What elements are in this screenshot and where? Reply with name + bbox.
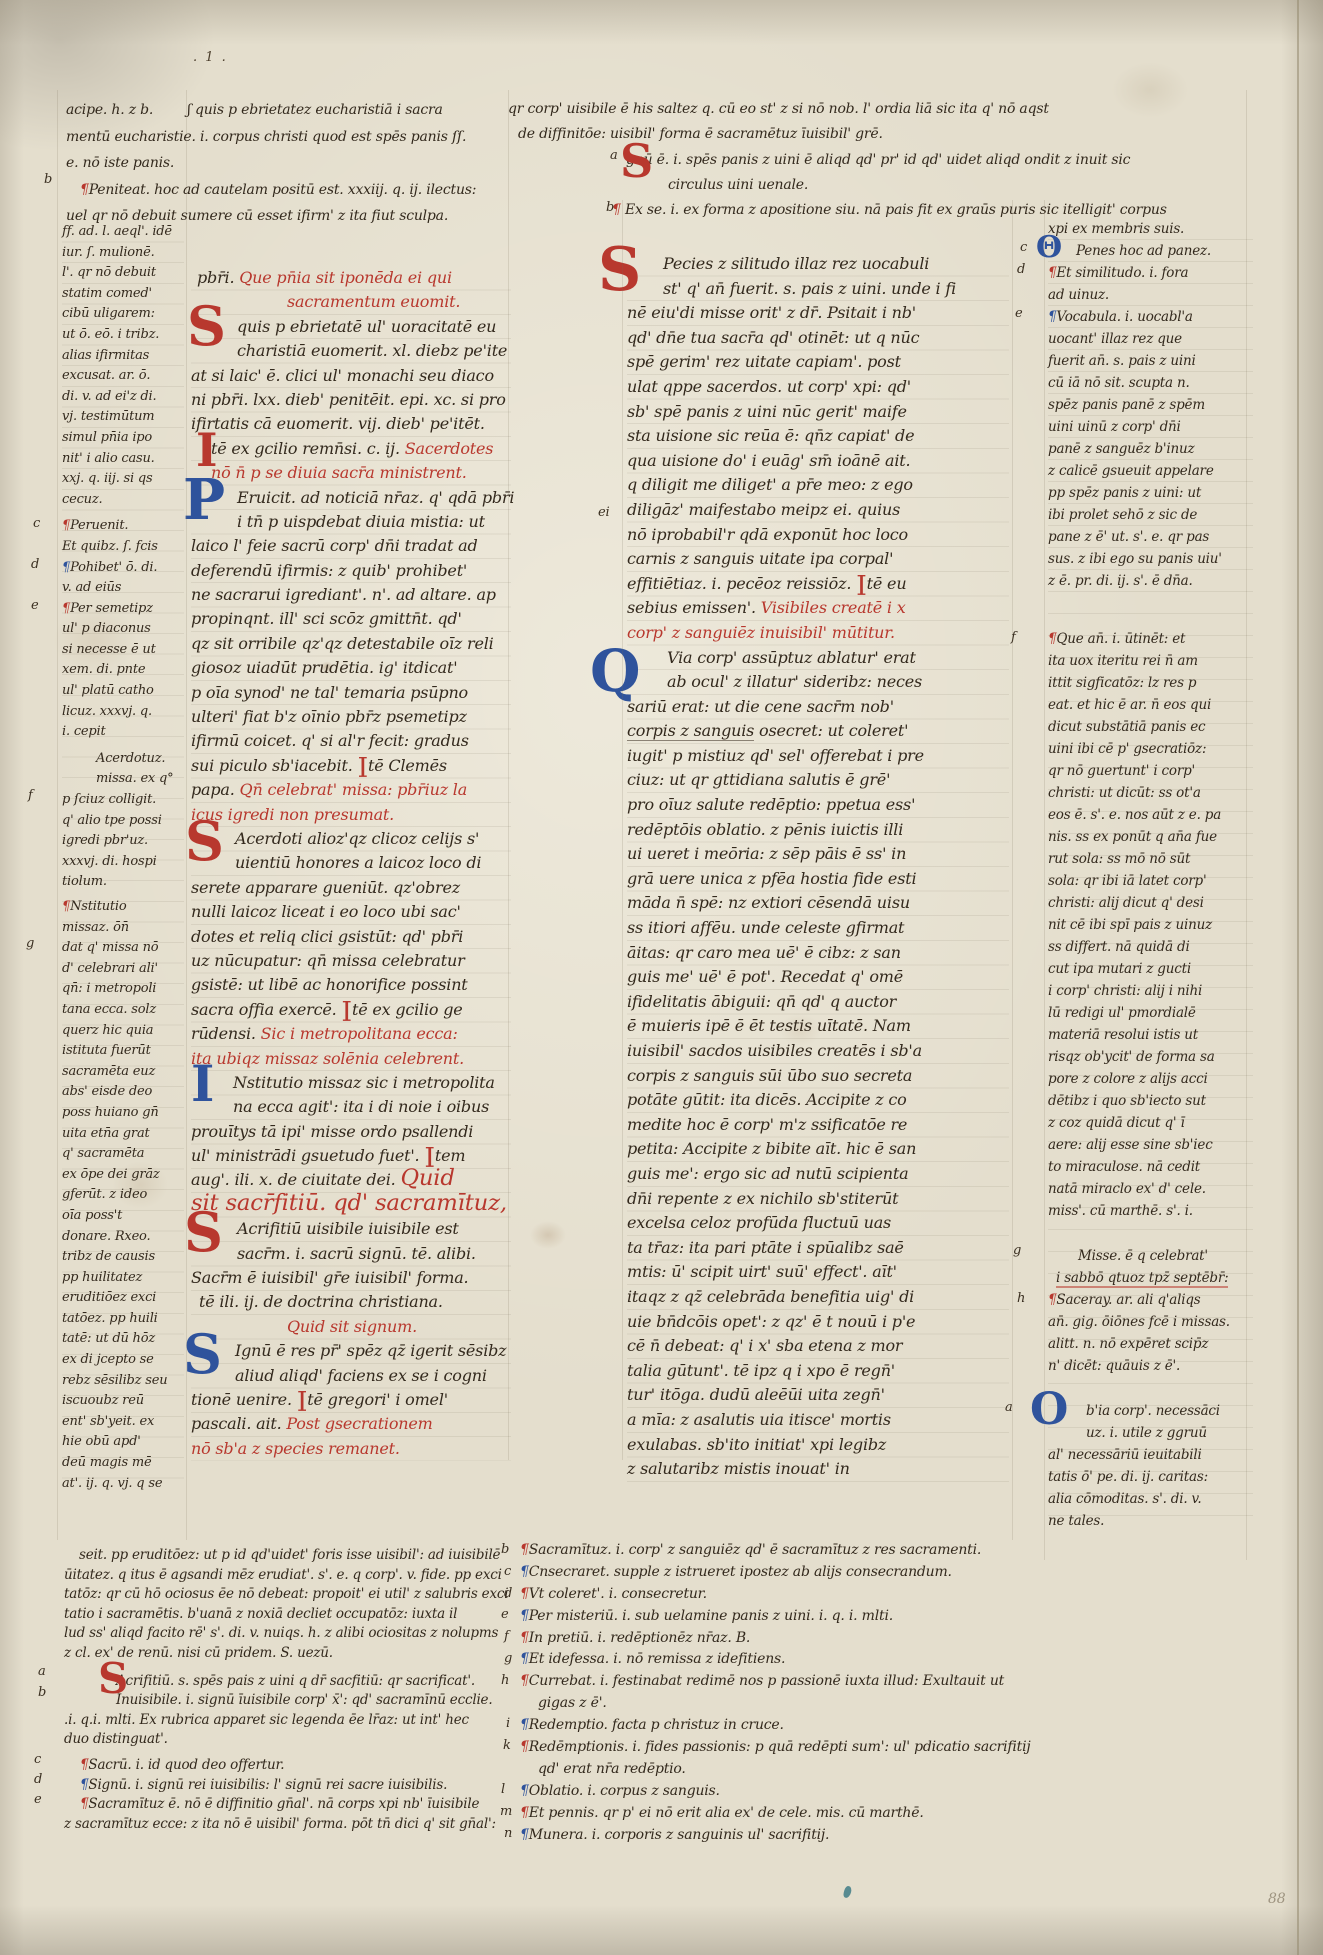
text-line: querz hic quia	[62, 1021, 184, 1042]
text-line: ul' platū catho	[62, 681, 184, 702]
illuminated-initial: Q	[590, 648, 640, 694]
illuminated-initial: P	[183, 478, 225, 523]
text-line: alias ifirmitas	[62, 346, 184, 367]
text-line: Acerdoti alioz'qz clicoz celijs s'	[191, 827, 511, 851]
margin-letter: i	[506, 1716, 510, 1731]
text-line: i. cepit	[62, 722, 184, 743]
text-line: sola: qr ibi iā latet corp'	[1048, 870, 1253, 892]
text-line: miss'. cū marthē. s'. i.	[1048, 1200, 1253, 1222]
text-line: poss huiano gn̄	[62, 1103, 184, 1124]
text-line: ifirtatis cā euomerit. vij. dieb' pe'itē…	[191, 412, 511, 436]
illuminated-initial: S	[184, 1211, 223, 1254]
text-line: na ecca agit': ita i di noie i oibus	[191, 1095, 511, 1119]
margin-letter: f	[504, 1629, 509, 1644]
text-line: panē z sanguēz b'inuz	[1048, 438, 1253, 460]
text-line: laico l' feie sacrū corp' dn̄i tradat ad	[191, 534, 511, 558]
margin-letter: c	[1020, 240, 1027, 255]
text-line: ūitatez. q itus ē agsandi mēz erudiat'. …	[64, 1566, 509, 1586]
text-line: ¶Que an̄. i. ūtinēt: et	[1048, 628, 1253, 650]
text-line: ne sacrarui igrediant'. n'. ad altare. a…	[191, 583, 511, 607]
margin-letter: l	[501, 1782, 505, 1797]
text-line: to miraculose. nā cedit	[1048, 1156, 1253, 1178]
text-line: ¶Et pennis. qr p' ei nō erit alia ex' de…	[520, 1803, 1320, 1825]
text-line: z salutaribz mistis inouat' in	[627, 1457, 1009, 1482]
text-line: uocant' illaz rez que	[1048, 328, 1253, 350]
text-line: materiā resolui istis ut	[1048, 1024, 1253, 1046]
text-line: ¶Et idefessa. i. nō remissa z idefitiens…	[520, 1649, 1320, 1671]
margin-letter: f	[28, 788, 33, 803]
text-line: sus. z ibi ego su panis uiu'	[1048, 548, 1253, 570]
margin-letter: c	[34, 1752, 41, 1767]
text-line: i tn̄ p uispdebat diuia mistia: ut	[191, 510, 511, 534]
text-line: uz nūcupatur: qn̄ missa celebratur	[191, 949, 511, 973]
text-line: dētibz i quo sb'iecto sut	[1048, 1090, 1253, 1112]
text-line: redēptōis oblatio. z pēnis iuictis illi	[627, 818, 1009, 843]
main-text-column-1: pbr̄i. Que pn̄ia sit iponēda ei quisacra…	[191, 266, 511, 1461]
top-left-gloss-block: acipe. h. z b. ʃ quis p ebrietatez eucha…	[66, 97, 516, 230]
text-line: xxxvj. di. hospi	[62, 852, 184, 873]
text-line: ciuz: ut qr gttidiana salutis ē grē'	[627, 768, 1009, 793]
text-line: ta tr̄az: ita pari ptāte i spūalibz saē	[627, 1236, 1009, 1261]
text-line: ab ocul' z illatur' sideribz: neces	[627, 670, 1009, 695]
text-line: effitiētiaz. i. pecēoz reissiōz. Itē eu	[627, 572, 1009, 597]
margin-letter: d	[504, 1586, 512, 1601]
text-line: eruditiōez exci	[62, 1288, 184, 1309]
text-line: corp' z sanguiēz inuisibil' mūtitur.	[627, 621, 1009, 646]
text-line: Acrifitiū uisibile iuisibile est	[191, 1217, 511, 1241]
text-line: iscuoubz reū	[62, 1391, 184, 1412]
text-line: dat q' missa nō	[62, 938, 184, 959]
text-line: missaz. ōn̄	[62, 918, 184, 939]
text-line: ui ueret i meōria: z sēp pāis ē ss' in	[627, 842, 1009, 867]
illuminated-initial: I	[196, 432, 217, 469]
text-line: cē n̄ debeat: q' i x' sba etena z mor	[627, 1334, 1009, 1359]
text-line: qd' dn̄e tua sacr̄a qd' otinēt: ut q nūc	[627, 326, 1009, 351]
text-line: papa. Qn̄ celebrat' missa: pbr̄iuz la	[191, 778, 511, 802]
text-line: ¶Sacramītuz ē. nō ē diffinitio gn̄al'. n…	[64, 1795, 509, 1815]
text-line: st' q' an̄ fuerit. s. pais z uini. unde …	[627, 277, 1009, 302]
text-line: a mīa: z asalutis uia itisce' mortis	[627, 1408, 1009, 1433]
text-line: q diligit me diliget' a pr̄e meo: z ego	[627, 473, 1009, 498]
column-rule	[186, 90, 187, 1540]
text-line: ¶Per misteriū. i. sub uelamine panis z u…	[520, 1606, 1320, 1628]
text-line: nē eiu'di misse orit' z dr̄. Psitait i n…	[627, 301, 1009, 326]
text-line: licuz. xxxvj. q.	[62, 702, 184, 723]
column-rule	[1246, 90, 1247, 1560]
text-line: charistiā euomerit. xl. diebz pe'ite	[191, 339, 511, 363]
text-line: z coz quidā dicut q' ī	[1048, 1112, 1253, 1134]
text-line: propinqnt. ill' sci scōz gmittn̄t. qd'	[191, 607, 511, 631]
illuminated-initial: S	[183, 1333, 222, 1376]
corner-mark: 88	[1268, 1891, 1285, 1907]
text-line: v. ad eiūs	[62, 578, 184, 599]
margin-letter: a	[610, 148, 618, 163]
text-line: nō n̄ p se diuia sacr̄a ministrent.	[191, 461, 511, 485]
text-line: nit' i alio casu.	[62, 449, 184, 470]
text-line: sacramēta euz	[62, 1062, 184, 1083]
text-line: ¶Sacramītuz. i. corp' z sanguiēz qd' ē s…	[520, 1540, 1320, 1562]
text-line: gferūt. z ideo	[62, 1185, 184, 1206]
text-line: e. nō iste panis.	[66, 150, 516, 177]
text-line: vj. testimūtum	[62, 407, 184, 428]
text-line: talia gūtunt'. tē ipz q i xpo ē regn̄'	[627, 1359, 1009, 1384]
text-line: nit cē ibi spī pais z uinuz	[1048, 914, 1253, 936]
text-line: lud ss' aliqd facito rē' s'. di. v. nuiq…	[64, 1624, 509, 1644]
text-line: aere: alij esse sine sb'iec	[1048, 1134, 1253, 1156]
text-line: l'. qr nō debuit	[62, 263, 184, 284]
column-rule	[622, 200, 623, 1460]
text-line: sb' spē panis z uini nūc gerit' maife	[627, 400, 1009, 425]
text-line: eos ē. s'. e. nos aūt z e. pa	[1048, 804, 1253, 826]
margin-letter: g	[26, 936, 34, 951]
text-line: corpis z sanguis osecret: ut coleret'	[627, 719, 1009, 744]
text-line: ¶Redemptio. facta p christuz in cruce.	[520, 1715, 1320, 1737]
text-line: ¶Per semetipz	[62, 599, 184, 620]
bottom-right-gloss-entries: ¶Sacramītuz. i. corp' z sanguiēz qd' ē s…	[520, 1540, 1320, 1846]
text-line: ulteri' fiat b'z oīnio pbr̄z psemetipz	[191, 705, 511, 729]
text-line: i corp' christi: alij i nihi	[1048, 980, 1253, 1002]
text-line: di. v. ad ei'z di.	[62, 387, 184, 408]
text-line: lū redigi ul' pmordialē	[1048, 1002, 1253, 1024]
text-line: tē ili. ij. de doctrina christiana.	[191, 1290, 511, 1314]
text-line: tē ex gcilio remn̄si. c. ij. Sacerdotes	[191, 437, 511, 461]
text-line: at si laic' ē. clici ul' monachi seu dia…	[191, 364, 511, 388]
text-line: ¶Saceray. ar. ali q'aliqs	[1048, 1289, 1253, 1311]
illuminated-initial: S	[185, 820, 224, 863]
main-text-column-2: Pecies z silitudo illaz rez uocabulist' …	[627, 252, 1009, 1482]
text-line: ibi prolet sehō z sic de	[1048, 504, 1253, 526]
text-line: ss differt. nā quidā di	[1048, 936, 1253, 958]
text-line: qn̄: i metropoli	[62, 979, 184, 1000]
text-line: ¶Munera. i. corporis z sanguinis ul' sac…	[520, 1825, 1320, 1847]
text-line: sui piculo sb'iacebit. Itē Clemēs	[191, 754, 511, 778]
text-line: .i. q.i. mlti. Ex rubrica apparet sic le…	[64, 1711, 509, 1731]
margin-letter: e	[501, 1607, 509, 1622]
text-line: dicut substātiā panis ec	[1048, 716, 1253, 738]
text-line: ad uinuz.	[1048, 284, 1253, 306]
text-line: Via corp' assūptuz ablatur' erat	[627, 646, 1009, 671]
text-line: al' necessāriū ieuitabili	[1048, 1444, 1253, 1466]
text-line: qz sit orribile qz'qz detestabile oīz re…	[191, 632, 511, 656]
text-line: pascali. ait. Post gsecrationem	[191, 1412, 511, 1436]
text-line: pp spēz panis z uini: ut	[1048, 482, 1253, 504]
text-line: acipe. h. z b. ʃ quis p ebrietatez eucha…	[66, 97, 516, 124]
margin-letter: h	[1017, 1291, 1025, 1306]
text-line: ¶Peniteat. hoc ad cautelam positū est. x…	[66, 177, 516, 204]
text-line: Inuisibile. i. signū īuisibile corp' x̄'…	[64, 1691, 509, 1711]
text-line: āitas: qr caro mea uē' ē cibz: z san	[627, 941, 1009, 966]
text-line: iuisibil' sacdos uisibiles creatēs i sb'…	[627, 1039, 1009, 1064]
text-line: ul' p diaconus	[62, 619, 184, 640]
text-line: Acrifitiū. s. spēs pais z uini q dr̄ sac…	[64, 1672, 509, 1692]
text-line: deferendū ifirmis: z quib' prohibet'	[191, 559, 511, 583]
text-line: ss itiori affēu. unde celeste gfirmat	[627, 916, 1009, 941]
text-line: sacr̄m. i. sacrū signū. tē. alibi.	[191, 1242, 511, 1266]
margin-letter: a	[38, 1664, 46, 1679]
column-rule	[1044, 200, 1045, 1560]
text-line: sebius emissen'. Visibiles creatē i x	[627, 596, 1009, 621]
illuminated-initial: Θ	[1036, 236, 1062, 260]
text-line: ¶Redēmptionis. i. fides passionis: p quā…	[520, 1737, 1320, 1759]
text-line: q' sacramēta	[62, 1144, 184, 1165]
illuminated-initial: O	[1030, 1392, 1068, 1427]
margin-letter: c	[33, 516, 40, 531]
text-line: pp huilitatez	[62, 1268, 184, 1289]
column-rule	[508, 90, 509, 1460]
text-line: pbr̄i. Que pn̄ia sit iponēda ei qui	[191, 266, 511, 290]
text-line: carnis z sanguis uitate ipa corpal'	[627, 547, 1009, 572]
text-line: z sacramītuz ecce: z ita nō ē uisibil' f…	[64, 1815, 509, 1835]
text-line: xxj. q. iij. si qs	[62, 469, 184, 490]
text-line: excusat. ar. ō.	[62, 366, 184, 387]
text-line: serete apparare gueniūt. qz'obrez	[191, 876, 511, 900]
text-line: risqz ob'ycit' de forma sa	[1048, 1046, 1253, 1068]
text-line: ¶In pretiū. i. redēptionēz nr̄az. B.	[520, 1628, 1320, 1650]
text-line: ulat qppe sacerdos. ut corp' xpi: qd'	[627, 375, 1009, 400]
text-line: ent' sb'yeit. ex	[62, 1412, 184, 1433]
text-line: nis. ss ex ponūt q an̄a fue	[1048, 826, 1253, 848]
text-line: guis me' uē' ē pot'. Recedat q' omē	[627, 965, 1009, 990]
text-line: aliud aliqd' faciens ex se i cogni	[191, 1364, 511, 1388]
text-line: iugit' p mistiuz qd' sel' offerebat i pr…	[627, 744, 1009, 769]
text-line: ¶Signū. i. signū rei iuisibilis: l' sign…	[64, 1776, 509, 1796]
margin-letter: c	[504, 1564, 511, 1579]
text-line: nō sb'a z species remanet.	[191, 1437, 511, 1461]
text-line: ¶Currebat. i. festinabat redimē nos p pa…	[520, 1671, 1320, 1693]
text-line: abs' eisde deo	[62, 1082, 184, 1103]
text-line: tatē: ut dū hōz	[62, 1329, 184, 1350]
text-line: d' celebrari ali'	[62, 959, 184, 980]
right-margin-gloss-column: xpi ex membris suis.Penes hoc ad panez.¶…	[1048, 218, 1253, 1532]
margin-letter: e	[34, 1792, 42, 1807]
text-line: petita: Accipite z bibite aīt. hic ē san	[627, 1137, 1009, 1162]
text-line: tatōz: qr cū hō ociosus ēe nō debeat: pr…	[64, 1585, 509, 1605]
text-line: qr nō guertunt' i corp'	[1048, 760, 1253, 782]
text-line: uini uinū z corp' dn̄i	[1048, 416, 1253, 438]
text-line: eat. et hic ē ar. n̄ eos qui	[1048, 694, 1253, 716]
text-line: ittit sigficatōz: lz res p	[1048, 672, 1253, 694]
text-line: ita ubiqz missaz solēnia celebrent.	[191, 1047, 511, 1071]
text-line: ita uox iteritu rei n̄ am	[1048, 650, 1253, 672]
margin-letter: h	[501, 1673, 509, 1688]
text-line: xem. di. pnte	[62, 660, 184, 681]
text-line: cibū uligarem:	[62, 304, 184, 325]
text-line: tur' itōga. dudū aleēūi uita zegn̄'	[627, 1383, 1009, 1408]
text-line: māda n̄ spē: nz extiori cēsendā uisu	[627, 891, 1009, 916]
text-line: ex ōpe dei grāz	[62, 1165, 184, 1186]
text-line: rut sola: ss mō nō sūt	[1048, 848, 1253, 870]
margin-letter: d	[1017, 262, 1025, 277]
bottom-left-gloss-block: seit. pp eruditōez: ut p id qd'uidet' fo…	[64, 1546, 509, 1834]
text-line: duo distinguat'.	[64, 1730, 509, 1750]
text-line: ex di jcepto se	[62, 1350, 184, 1371]
folio-number: . 1 .	[193, 50, 228, 65]
text-line: ifidelitatis ābiguii: qn̄ qd' q auctor	[627, 990, 1009, 1015]
text-line: i sabbō qtuoz tpz̄ septēbr̄:	[1048, 1267, 1253, 1289]
text-line: ē muieris ipē ē ēt testis uītatē. Nam	[627, 1014, 1009, 1039]
text-line: ¶Vt coleret'. i. consecretur.	[520, 1584, 1320, 1606]
text-line: ut ō. eō. i tribz.	[62, 325, 184, 346]
text-line: christi: alij dicut q' desi	[1048, 892, 1253, 914]
text-line: pane z ē' ut. s'. e. qr pas	[1048, 526, 1253, 548]
text-line: fuerit an̄. s. pais z uini	[1048, 350, 1253, 372]
text-line: deū magis mē	[62, 1453, 184, 1474]
text-line: ul' ministrādi gsuetudo fuet'. Item	[191, 1144, 511, 1168]
text-line: nō iprobabil'r qdā exponūt hoc loco	[627, 523, 1009, 548]
text-line: medite hoc ē corp' m'z ssificatōe re	[627, 1113, 1009, 1138]
text-line: ff. ad. l. aeql'. idē	[62, 222, 184, 243]
text-line: alitt. n. nō expēret scip̄z	[1048, 1333, 1253, 1355]
illuminated-initial: I	[191, 1064, 214, 1104]
text-line: simul pn̄ia ipo	[62, 428, 184, 449]
manuscript-page: . 1 . acipe. h. z b. ʃ quis p ebrietatez…	[0, 0, 1323, 1955]
text-line: mtis: ū' scipit uirt' suū' effect'. aīt'	[627, 1260, 1009, 1285]
column-rule	[1012, 200, 1013, 1540]
text-line: exulabas. sb'ito initiat' xpi legibz	[627, 1433, 1009, 1458]
text-line: n' dicēt: quāuis z ē'.	[1048, 1355, 1253, 1377]
margin-letter: e	[31, 598, 39, 613]
margin-letter: e	[1015, 306, 1023, 321]
text-line: diligāz' maifestabo meipz ei. quius	[627, 498, 1009, 523]
text-line: p oīa synod' ne tal' temaria psūpno	[191, 681, 511, 705]
text-line: Eruicit. ad noticiā nr̄az. q' qdā pbr̄i	[191, 486, 511, 510]
text-line: gigas z ē'.	[520, 1693, 1320, 1715]
text-line: Ignū ē res pr̄' spēz qz̄ igerit sēsibz	[191, 1339, 511, 1363]
text-line: Quid sit signum.	[191, 1315, 511, 1339]
column-rule	[57, 90, 58, 1540]
text-line: uini ibi cē p' gsecratiōz:	[1048, 738, 1253, 760]
text-line: at'. ij. q. vj. q se	[62, 1474, 184, 1495]
text-line: gsistē: ut libē ac honorifice possint	[191, 973, 511, 997]
text-line: qr corp' uisibile ē his saltez q. cū eo …	[508, 97, 1308, 122]
text-line: qd' erat nr̄a redēptio.	[520, 1759, 1320, 1781]
text-line: tana ecca. solz	[62, 1000, 184, 1021]
text-line: xpi ex membris suis.	[1048, 218, 1253, 240]
text-line: z cl. ex' de renū. nisi cū pridem. S. ue…	[64, 1644, 509, 1664]
text-line: giosoz uiadūt prudētia. ig' itdicat'	[191, 656, 511, 680]
text-line: seit. pp eruditōez: ut p id qd'uidet' fo…	[64, 1546, 509, 1566]
text-line: icus igredi non presumat.	[191, 803, 511, 827]
text-line: uie bn̄dcōis opet': z qz' ē t nouū i p'e	[627, 1310, 1009, 1335]
text-line: rūdensi. Sic i metropolitana ecca:	[191, 1022, 511, 1046]
text-line: b'ia corp'. necessāci	[1048, 1400, 1253, 1422]
margin-letter: n	[504, 1826, 512, 1841]
text-line: Pecies z silitudo illaz rez uocabuli	[627, 252, 1009, 277]
text-line: ¶Vocabula. i. uocabl'a	[1048, 306, 1253, 328]
text-line: Misse. ē q celebrat'	[1048, 1245, 1253, 1267]
left-margin-gloss-column: ff. ad. l. aeql'. idēiur. ſ. mulionē.l'.…	[62, 222, 184, 1494]
text-line: ¶Et similitudo. i. fora	[1048, 262, 1253, 284]
text-line: hie obū apd'	[62, 1432, 184, 1453]
text-line: nulli laicoz liceat i eo loco ubi sac'	[191, 900, 511, 924]
text-line: spēz panis panē z spēm	[1048, 394, 1253, 416]
margin-letter: b	[501, 1542, 509, 1557]
text-line: rebz sēsilibz seu	[62, 1371, 184, 1392]
text-line: ni pbr̄i. lxx. dieb' penitēit. epi. xc. …	[191, 388, 511, 412]
margin-letter: d	[34, 1772, 42, 1787]
text-line: ifirmū coicet. q' si al'r fecit: gradus	[191, 729, 511, 753]
text-line: uita etn̄a grat	[62, 1124, 184, 1145]
margin-letter: b	[606, 200, 614, 215]
text-line: tatio i sacramētis. b'uanā z noxiā decli…	[64, 1605, 509, 1625]
text-line: uz. i. utile z ggruū	[1048, 1422, 1253, 1444]
text-line: prouītys tā ipi' misse ordo psallendi	[191, 1120, 511, 1144]
text-line: ¶Peruenit.	[62, 516, 184, 537]
text-line: cecuz.	[62, 490, 184, 511]
text-line: ¶Oblatio. i. corpus z sanguis.	[520, 1781, 1320, 1803]
text-line: dotes et reliq clici gsistūt: qd' pbr̄i	[191, 925, 511, 949]
text-line: excelsa celoz profūda fluctuū uas	[627, 1211, 1009, 1236]
text-line: itaqz z qz̄ celebrāda benefitia uig' di	[627, 1285, 1009, 1310]
text-line: tatōez. pp huili	[62, 1309, 184, 1330]
text-line: q' alio tpe possi	[62, 811, 184, 832]
text-line: sta uisione sic reūa ē: qn̄z capiat' de	[627, 424, 1009, 449]
text-line: istituta fuerūt	[62, 1041, 184, 1062]
text-line: sit sacr̄fitiū. qd' sacramītuz,	[191, 1193, 511, 1217]
text-line: Nstitutio missaz sic i metropolita	[191, 1071, 511, 1095]
text-line: tatis ō' pe. di. ij. caritas:	[1048, 1466, 1253, 1488]
text-line: alia cōmoditas. s'. di. v.	[1048, 1488, 1253, 1510]
text-line: missa. ex q°	[62, 769, 184, 790]
page-edge-line	[1297, 0, 1299, 1955]
text-line: si necesse ē ut	[62, 640, 184, 661]
text-line: pro oīuz salute redēptio: ppetua ess'	[627, 793, 1009, 818]
text-line: guis me': ergo sic ad nutū scipienta	[627, 1162, 1009, 1187]
margin-letter: d	[31, 557, 39, 572]
text-line: dn̄i repente z ex nichilo sb'stiterūt	[627, 1187, 1009, 1212]
text-line: Acerdotuz.	[62, 749, 184, 770]
margin-letter: g	[1013, 1243, 1021, 1258]
ink-blot	[843, 1885, 853, 1898]
illuminated-initial: S	[620, 143, 653, 180]
margin-letter: g	[504, 1651, 512, 1666]
margin-letter: k	[503, 1738, 511, 1753]
text-line: potāte gūtit: ita dicēs. Accipite z co	[627, 1088, 1009, 1113]
text-line: an̄. gig. ōiōnes fcē i missas.	[1048, 1311, 1253, 1333]
text-line: tionē uenire. Itē gregori' i omel'	[191, 1388, 511, 1412]
text-line: grā uere unica z pfēa hostia fide esti	[627, 867, 1009, 892]
margin-letter: b	[38, 1685, 46, 1700]
text-line: ¶Nstitutio	[62, 897, 184, 918]
text-line: tribz de causis	[62, 1247, 184, 1268]
text-line: quis p ebrietatē ul' uoracitatē eu	[191, 315, 511, 339]
text-line: oīa poss't	[62, 1206, 184, 1227]
text-line: sariū erat: ut die cene sacr̄m nob'	[627, 695, 1009, 720]
text-line: sacra offia exercē. Itē ex gcilio ge	[191, 998, 511, 1022]
text-line: tiolum.	[62, 872, 184, 893]
text-line: donare. Rxeo.	[62, 1227, 184, 1248]
text-line: cut ipa mutari z gucti	[1048, 958, 1253, 980]
text-line: Penes hoc ad panez.	[1048, 240, 1253, 262]
illuminated-initial: S	[187, 305, 226, 348]
illuminated-initial: S	[98, 1662, 128, 1696]
text-line: cū iā nō sit. scupta n.	[1048, 372, 1253, 394]
text-line: igredi pbr'uz.	[62, 831, 184, 852]
text-line: statim comed'	[62, 284, 184, 305]
text-line: pore z colore z alijs acci	[1048, 1068, 1253, 1090]
text-line: qua uisione do' i euāg' sm̄ ioānē ait.	[627, 449, 1009, 474]
text-line: Sacr̄m ē iuisibil' gr̄e iuisibil' forma.	[191, 1266, 511, 1290]
text-line: ¶Pohibet' ō. di.	[62, 558, 184, 579]
text-line: Et quibz. ſ. fcis	[62, 537, 184, 558]
text-line: uientiū honores a laicoz loco di	[191, 851, 511, 875]
text-line: z ē. pr. di. ij. s'. ē dn̄a.	[1048, 570, 1253, 592]
text-line: mentū eucharistie. i. corpus christi quo…	[66, 124, 516, 151]
text-line: iur. ſ. mulionē.	[62, 243, 184, 264]
margin-letter: b	[44, 172, 52, 187]
text-line: christi: ut dicūt: ss ot'a	[1048, 782, 1253, 804]
text-line: sacramentum euomit.	[191, 290, 511, 314]
